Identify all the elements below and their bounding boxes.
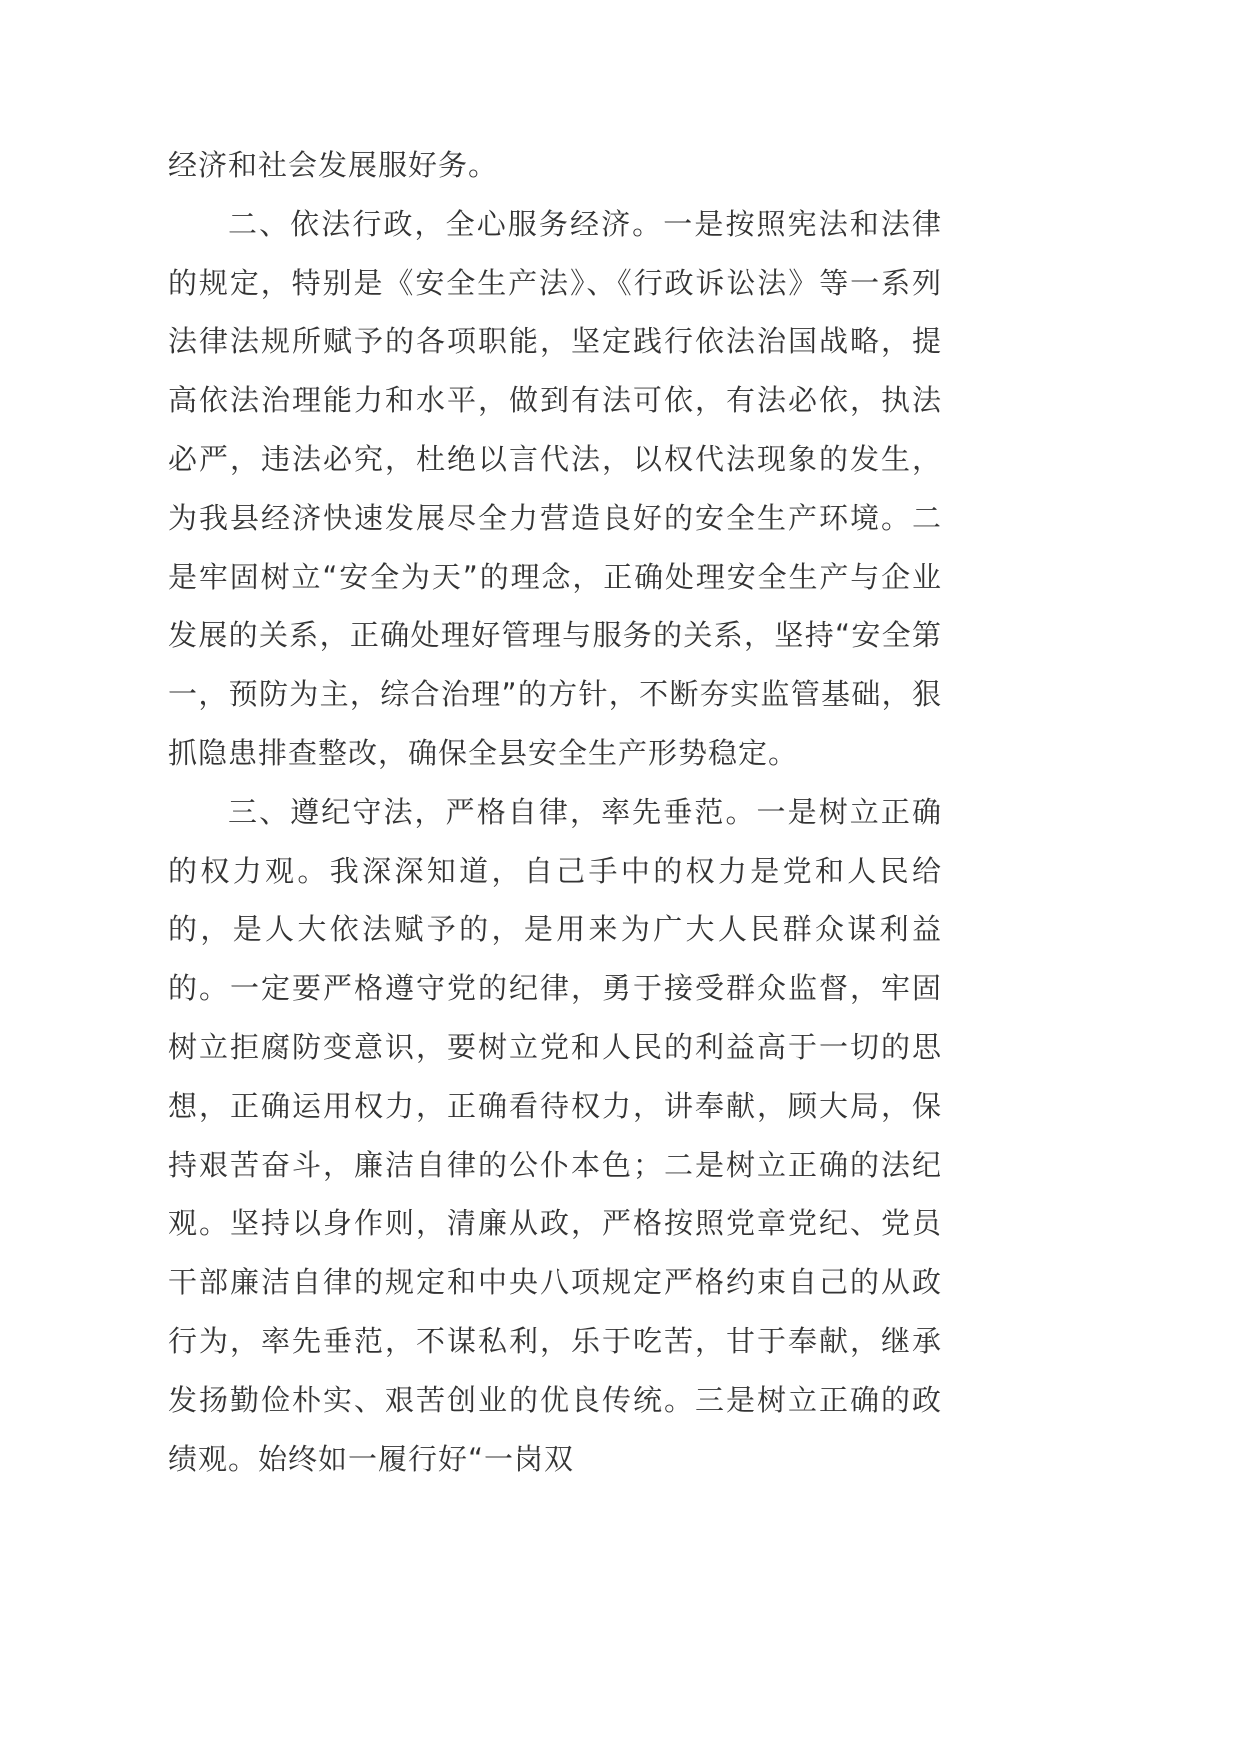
paragraph-discipline: 三、遵纪守法，严格自律，率先垂范。一是树立正确的权力观。我深深知道，自己手中的权… [168,783,942,1489]
document-page: 经济和社会发展服好务。 二、依法行政，全心服务经济。一是按照宪法和法律的规定，特… [168,136,942,1488]
paragraph-continuation: 经济和社会发展服好务。 [168,136,942,195]
paragraph-rule-of-law: 二、依法行政，全心服务经济。一是按照宪法和法律的规定，特别是《安全生产法》、《行… [168,195,942,783]
